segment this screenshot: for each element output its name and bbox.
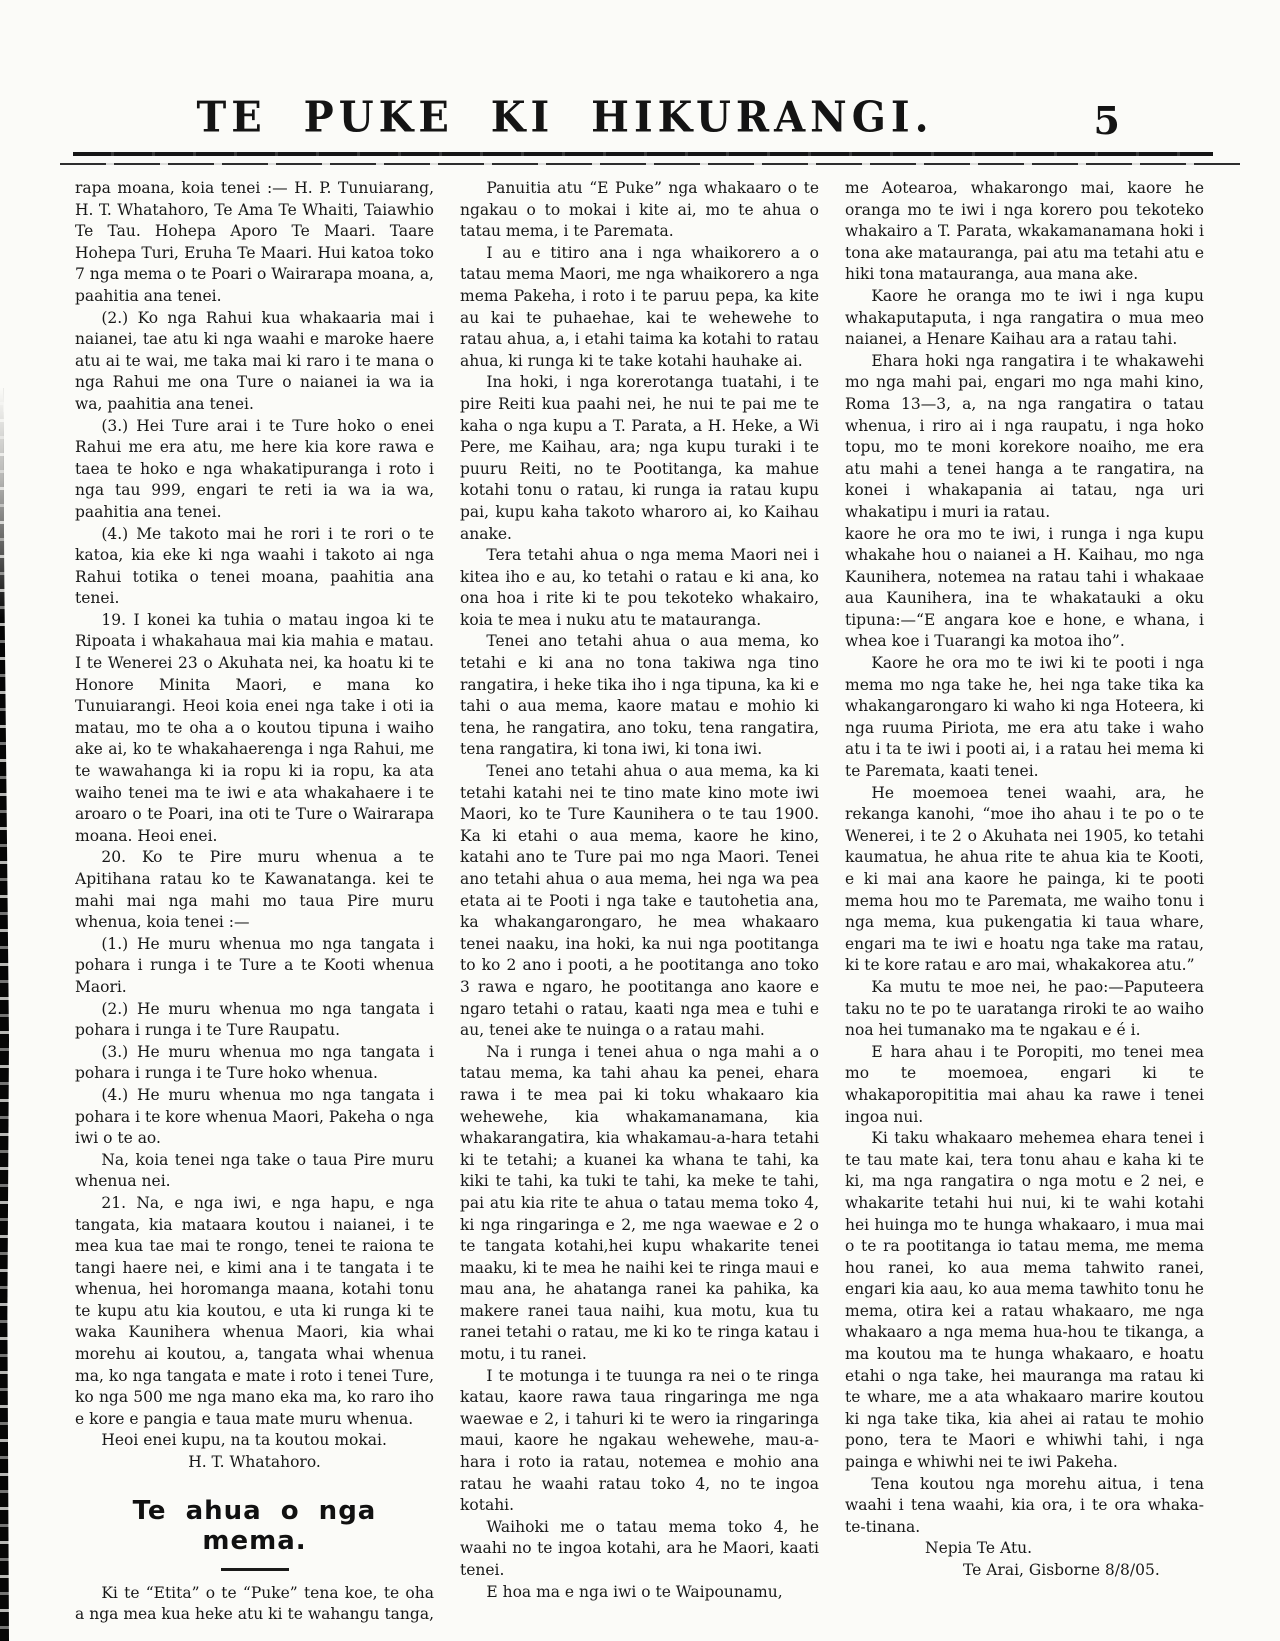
column-2: Panuitia atu “E Puke” nga whakaaro o te … xyxy=(460,178,819,1626)
signature-whatahoro: H. T. Whatahoro. xyxy=(75,1452,434,1474)
dateline: Te Arai, Gisborne 8/8/05. xyxy=(845,1560,1204,1582)
paragraph: me Aotearoa, whakarongo mai, kaore he or… xyxy=(845,178,1204,286)
masthead-rule-thick xyxy=(73,152,1213,156)
paragraph: Waihoki me o tatau mema toko 4, he waahi… xyxy=(460,1517,819,1582)
paragraph: E hara ahau i te Poropiti, mo tenei mea … xyxy=(845,1042,1204,1128)
paragraph: (3.) He muru whenua mo nga tangata i poh… xyxy=(75,1042,434,1085)
paragraph: 20. Ko te Pire muru whenua a te Apitihan… xyxy=(75,847,434,933)
paragraph: Ehara hoki nga rangatira i te whakawehi … xyxy=(845,351,1204,524)
paragraph: Tena koutou nga morehu aitua, i tena waa… xyxy=(845,1474,1204,1539)
paragraph: (2.) He muru whenua mo nga tangata i poh… xyxy=(75,999,434,1042)
column-3: me Aotearoa, whakarongo mai, kaore he or… xyxy=(845,178,1204,1626)
paragraph: Panuitia atu “E Puke” nga whakaaro o te … xyxy=(460,178,819,243)
paragraph: (4.) Me takoto mai he rori i te rori o t… xyxy=(75,524,434,610)
paragraph: E hoa ma e nga iwi o te Waipounamu, xyxy=(460,1582,819,1604)
paragraph: Tera tetahi ahua o nga mema Maori nei i … xyxy=(460,545,819,631)
paragraph: rapa moana, koia tenei :— H. P. Tunuiara… xyxy=(75,178,434,308)
paragraph: I te motunga i te tuunga ra nei o te rin… xyxy=(460,1366,819,1517)
paragraph: Ka mutu te moe nei, he pao:—Paputeera ta… xyxy=(845,977,1204,1042)
paragraph: (2.) Ko nga Rahui kua whakaaria mai i na… xyxy=(75,308,434,416)
paragraph: Ki te “Etita” o te “Puke” tena koe, te o… xyxy=(75,1583,434,1626)
paragraph: I au e titiro ana i nga whaikorero a o t… xyxy=(460,243,819,373)
paragraph: (4.) He muru whenua mo nga tangata i poh… xyxy=(75,1085,434,1150)
text-columns: rapa moana, koia tenei :— H. P. Tunuiara… xyxy=(75,178,1205,1626)
column-1: rapa moana, koia tenei :— H. P. Tunuiara… xyxy=(75,178,434,1626)
paragraph: kaore he ora mo te iwi, i runga i nga ku… xyxy=(845,524,1204,654)
paragraph: Kaore he oranga mo te iwi i nga kupu wha… xyxy=(845,286,1204,351)
closing-line: Heoi enei kupu, na ta koutou mokai. xyxy=(75,1430,434,1452)
masthead-rule-thin xyxy=(60,163,1240,165)
article-heading: Te ahua o nga mema. xyxy=(75,1496,434,1556)
paragraph: (1.) He muru whenua mo nga tangata i poh… xyxy=(75,934,434,999)
paragraph: 21. Na, e nga iwi, e nga hapu, e nga tan… xyxy=(75,1193,434,1431)
paragraph: Tenei ano tetahi ahua o aua mema, ko tet… xyxy=(460,631,819,761)
page-number: 5 xyxy=(1094,98,1120,143)
paragraph: Tenei ano tetahi ahua o aua mema, ka ki … xyxy=(460,761,819,1042)
heading-rule xyxy=(221,1568,289,1571)
paragraph: (3.) Hei Ture arai i te Ture hoko o enei… xyxy=(75,416,434,524)
paragraph: Kaore he ora mo te iwi ki te pooti i nga… xyxy=(845,653,1204,783)
masthead: TE PUKE KI HIKURANGI. 5 xyxy=(75,96,1205,148)
paragraph: Na, koia tenei nga take o taua Pire muru… xyxy=(75,1150,434,1193)
newspaper-page: TE PUKE KI HIKURANGI. 5 rapa moana, koia… xyxy=(0,0,1280,1641)
paragraph: Ina hoki, i nga korerotanga tuatahi, i t… xyxy=(460,372,819,545)
masthead-title: TE PUKE KI HIKURANGI. xyxy=(75,95,1055,141)
paragraph: Na i runga i tenei ahua o nga mahi a o t… xyxy=(460,1042,819,1366)
paragraph: Ki taku whakaaro mehemea ehara tenei i t… xyxy=(845,1128,1204,1474)
scan-binding-edge-artifact xyxy=(0,388,9,1641)
signature-nepia: Nepia Te Atu. xyxy=(845,1538,1204,1560)
paragraph: He moemoea tenei waahi, ara, he rekanga … xyxy=(845,783,1204,977)
paragraph: 19. I konei ka tuhia o matau ingoa ki te… xyxy=(75,610,434,848)
